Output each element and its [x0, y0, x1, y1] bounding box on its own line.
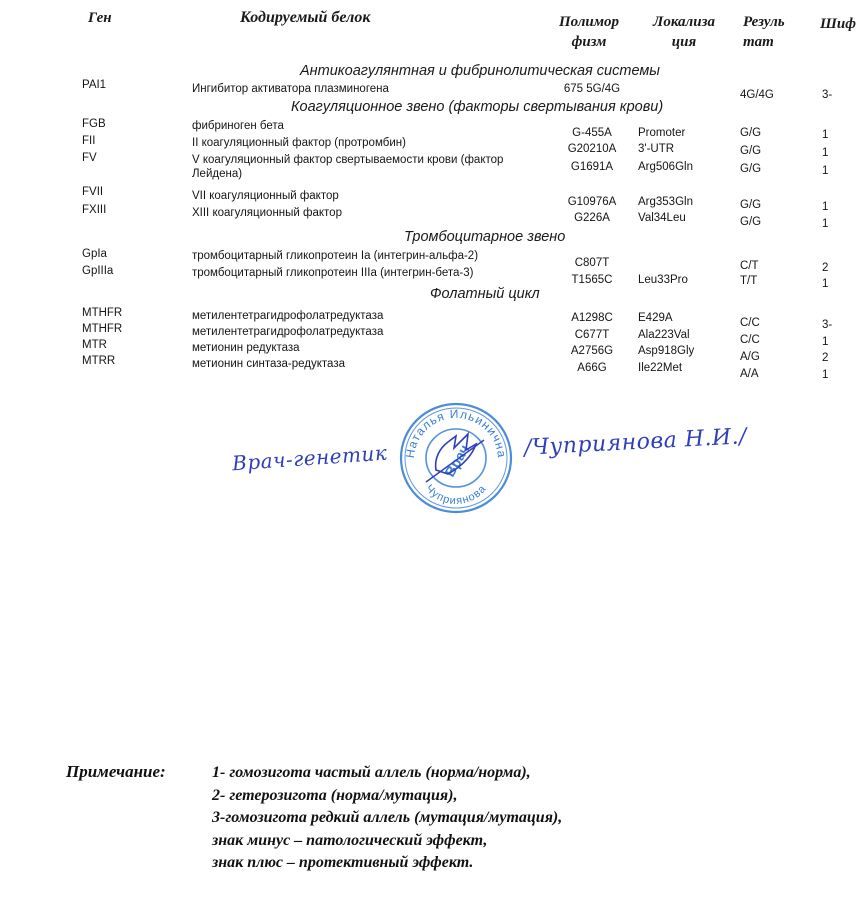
gene-cell: PAI1: [82, 78, 106, 92]
localization-cell: 3'-UTR: [638, 142, 674, 156]
localization-cell: Val34Leu: [638, 211, 686, 225]
signature-name: /Чуприянова Н.И./: [523, 424, 747, 461]
header-gene: Ген: [88, 8, 112, 28]
gene-cell: FVII: [82, 185, 103, 199]
result-cell: A/A: [740, 367, 759, 381]
result-cell: 4G/4G: [740, 88, 774, 102]
protein-cell: метионин синтаза-редуктаза: [192, 357, 552, 371]
localization-cell: Arg353Gln: [638, 195, 693, 209]
note-label: Примечание:: [66, 762, 166, 782]
result-cell: G/G: [740, 144, 761, 158]
note-line: 1- гомозигота частый аллель (норма/норма…: [212, 762, 562, 785]
header-result-line2: тат: [743, 32, 785, 52]
polymorphism-cell: G20210A: [552, 142, 632, 156]
header-polymorphism-line2: физм: [553, 32, 625, 52]
protein-cell: метилентетрагидрофолатредуктаза: [192, 309, 552, 323]
header-localization: Локализа ция: [646, 12, 722, 52]
gene-cell: MTR: [82, 338, 107, 352]
result-cell: G/G: [740, 198, 761, 212]
gene-cell: FGB: [82, 117, 106, 131]
header-result-line1: Резуль: [743, 12, 785, 32]
polymorphism-cell: G10976A: [552, 195, 632, 209]
result-cell: A/G: [740, 350, 760, 364]
code-cell: 1: [822, 277, 828, 291]
header-protein: Кодируемый белок: [240, 8, 370, 28]
result-cell: C/T: [740, 259, 759, 273]
note-line: 3-гомозигота редкий аллель (мутация/мута…: [212, 807, 562, 830]
result-cell: C/C: [740, 316, 760, 330]
code-cell: 1: [822, 368, 828, 382]
section-title-anticoagulant: Антикоагулянтная и фибринолитическая сис…: [300, 63, 660, 79]
code-cell: 1: [822, 164, 828, 178]
localization-cell: Ile22Met: [638, 361, 682, 375]
result-cell: G/G: [740, 162, 761, 176]
polymorphism-cell: A1298C: [552, 311, 632, 325]
code-cell: 1: [822, 128, 828, 142]
polymorphism-cell: G226A: [552, 211, 632, 225]
result-cell: T/T: [740, 274, 757, 288]
header-localization-line2: ция: [646, 32, 722, 52]
localization-cell: Ala223Val: [638, 328, 690, 342]
gene-cell: MTHFR: [82, 322, 122, 336]
code-cell: 2: [822, 351, 828, 365]
gene-cell: GpIIIa: [82, 264, 113, 278]
result-cell: C/C: [740, 333, 760, 347]
note-line: 2- гетерозигота (норма/мутация),: [212, 785, 562, 808]
polymorphism-cell: A2756G: [552, 344, 632, 358]
code-cell: 1: [822, 200, 828, 214]
protein-cell: Ингибитор активатора плазминогена: [192, 82, 552, 96]
header-polymorphism: Полимор физм: [553, 12, 625, 52]
protein-cell: тромбоцитарный гликопротеин Ia (интегрин…: [192, 249, 552, 263]
protein-cell: XIII коагуляционный фактор: [192, 206, 552, 220]
result-cell: G/G: [740, 126, 761, 140]
result-cell: G/G: [740, 215, 761, 229]
doctor-stamp-icon: Наталья Ильинична Чуприянова Врач: [396, 400, 516, 516]
note-lines: 1- гомозигота частый аллель (норма/норма…: [212, 762, 562, 875]
polymorphism-cell: G-455A: [552, 126, 632, 140]
gene-cell: MTHFR: [82, 306, 122, 320]
section-title-coagulation: Коагуляционное звено (факторы свертывани…: [291, 99, 663, 115]
gene-cell: GpIa: [82, 247, 107, 261]
section-title-folate: Фолатный цикл: [430, 286, 540, 302]
header-polymorphism-line1: Полимор: [553, 12, 625, 32]
polymorphism-cell: C807T: [552, 256, 632, 270]
note-line: знак минус – патологический эффект,: [212, 830, 562, 853]
localization-cell: Asp918Gly: [638, 344, 694, 358]
protein-cell: V коагуляционный фактор свертываемости к…: [192, 153, 552, 181]
polymorphism-cell: T1565C: [552, 273, 632, 287]
polymorphism-cell: C677T: [552, 328, 632, 342]
header-code: Шиф: [820, 14, 856, 34]
header-localization-line1: Локализа: [646, 12, 722, 32]
gene-cell: FII: [82, 134, 95, 148]
protein-cell: фибриноген бета: [192, 119, 552, 133]
code-cell: 1: [822, 217, 828, 231]
protein-cell: VII коагуляционный фактор: [192, 189, 552, 203]
localization-cell: Leu33Pro: [638, 273, 688, 287]
localization-cell: Arg506Gln: [638, 160, 693, 174]
localization-cell: Promoter: [638, 126, 685, 140]
protein-cell: II коагуляционный фактор (протромбин): [192, 136, 552, 150]
code-cell: 1: [822, 335, 828, 349]
header-result: Резуль тат: [743, 12, 785, 52]
gene-cell: MTRR: [82, 354, 115, 368]
code-cell: 1: [822, 146, 828, 160]
section-title-platelet: Тромбоцитарное звено: [404, 229, 565, 245]
polymorphism-cell: A66G: [552, 361, 632, 375]
protein-cell: метилентетрагидрофолатредуктаза: [192, 325, 552, 339]
polymorphism-cell: 675 5G/4G: [552, 82, 632, 96]
signature-role: Врач-генетик: [231, 441, 388, 476]
code-cell: 2: [822, 261, 828, 275]
protein-cell: метионин редуктаза: [192, 341, 552, 355]
gene-cell: FV: [82, 151, 97, 165]
polymorphism-cell: G1691A: [552, 160, 632, 174]
code-cell: 3-: [822, 88, 832, 102]
note-line: знак плюс – протективный эффект.: [212, 852, 562, 875]
code-cell: 3-: [822, 318, 832, 332]
protein-cell: тромбоцитарный гликопротеин IIIa (интегр…: [192, 266, 552, 280]
gene-cell: FXIII: [82, 203, 106, 217]
localization-cell: E429A: [638, 311, 673, 325]
